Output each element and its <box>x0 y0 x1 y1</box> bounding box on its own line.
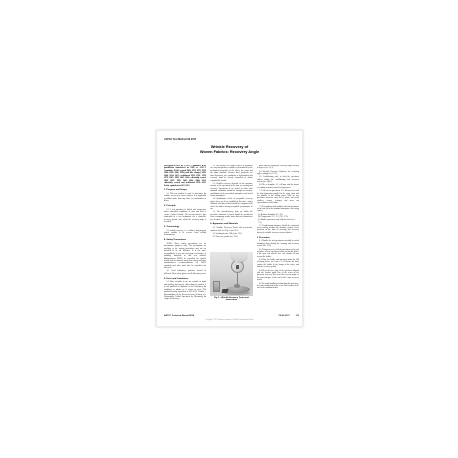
body-paragraph: 5.2 The behavior of a fabric when it is … <box>210 165 252 182</box>
footer-page-number: 113 <box>296 315 299 317</box>
body-paragraph: 6.5 Conditioning rack, to hold the speci… <box>257 176 299 183</box>
section-heading: 1. Purpose and Scope <box>164 189 206 192</box>
body-paragraph: 5.5 The interlaboratory data on which th… <box>210 211 252 221</box>
section-heading: 2. Principle <box>164 205 206 208</box>
body-paragraph: Developed in 1953 by AATCC Committee RA6… <box>164 165 206 187</box>
text-column-3: mens and for reading the recovery angle … <box>257 165 299 312</box>
specimen-holder <box>221 289 227 293</box>
body-paragraph: 6.4 Wrinkle Recovery Replicas, for verif… <box>257 171 299 176</box>
body-paragraph: 1.1 This test method is used to determin… <box>164 193 206 203</box>
copyright-line: Copyright © 2017 American Association of… <box>157 320 302 321</box>
body-paragraph: 3.1 wrinkle recovery, n.—of fabric, that… <box>164 230 206 237</box>
body-paragraph: 8.3 Place the holder and specimen under … <box>257 259 299 269</box>
text-column-2-body: 5.2 The behavior of a fabric when it is … <box>210 165 252 250</box>
footer-tm-number: TM 66-2017 <box>278 315 289 317</box>
document-title: Wrinkle Recovery of Woven Fabrics: Recov… <box>157 145 302 155</box>
body-paragraph: 6.2 Loading device, 500 g (see 12.1). <box>210 233 252 235</box>
figure-1-caption: Fig. 1—Wrinkle Recovery Tester and acces… <box>210 297 252 302</box>
body-paragraph: 5.1 Since wrinkles in use are variable i… <box>164 281 206 301</box>
body-paragraph: 2.1 A test specimen is folded and compre… <box>164 209 206 224</box>
body-paragraph: 6.1 Wrinkle Recovery Tester and accessor… <box>210 227 252 232</box>
section-heading: 5. Uses and Limitations <box>164 278 206 281</box>
page-footer: AATCC Technical Manual/2018 TM 66-2017 1… <box>164 315 299 317</box>
section-heading: 8. Procedure <box>257 237 299 240</box>
body-paragraph: 7.3 Conditioning adequacy should be conf… <box>257 225 299 235</box>
text-columns: Developed in 1953 by AATCC Committee RA6… <box>164 165 299 312</box>
footer-manual-title: AATCC Technical Manual/2018 <box>164 315 194 317</box>
body-paragraph: 8.5 To avoid handling or disturbing the … <box>257 283 299 290</box>
section-heading: 4. Safety Precautions <box>164 239 206 242</box>
figure-1-photo <box>210 252 252 296</box>
body-paragraph: 8.4 Keep the free edge of the specimen a… <box>257 270 299 282</box>
body-paragraph: 4.1 Good laboratory practices should be … <box>164 270 206 275</box>
body-paragraph: 6.3 Tweezers, plastic (see 12.1). <box>210 236 252 238</box>
section-heading: 6. Apparatus and Materials <box>210 223 252 226</box>
text-column-1: Developed in 1953 by AATCC Committee RA6… <box>164 165 206 312</box>
body-paragraph: 7.1 Cut ten test specimens 15 × 40 mm, f… <box>257 190 299 205</box>
document-header: AATCC Test Method 66-2017 <box>164 138 196 141</box>
document-page: AATCC Test Method 66-2017 Wrinkle Recove… <box>156 130 303 327</box>
body-paragraph: 7.2 Precondition and condition the test … <box>257 206 299 213</box>
body-paragraph: 8.1 Handle the test specimens carefully … <box>257 240 299 247</box>
text-column-2: 5.2 The behavior of a fabric when it is … <box>210 165 252 312</box>
body-paragraph: mens and for reading the recovery angle … <box>257 165 299 170</box>
body-paragraph: 6.6 Die or template, 15 × 40 mm, and the… <box>257 184 299 189</box>
body-paragraph: 5.3 Wrinkle recovery depends on the mois… <box>210 183 252 198</box>
document-viewer-canvas: AATCC Test Method 66-2017 Wrinkle Recove… <box>0 0 458 458</box>
body-paragraph: NOTE: These safety precautions are for i… <box>164 243 206 270</box>
document-title-line2: Woven Fabrics: Recovery Angle <box>157 150 302 155</box>
body-paragraph: 5.4 Quantitative levels of acceptable re… <box>210 198 252 210</box>
section-heading: 3. Terminology <box>164 226 206 229</box>
body-paragraph: 8.2 Using tweezers, fold the specimen en… <box>257 249 299 259</box>
loading-device <box>213 281 220 292</box>
list-item: (c) Handle specimens only with tweezers … <box>257 219 299 224</box>
